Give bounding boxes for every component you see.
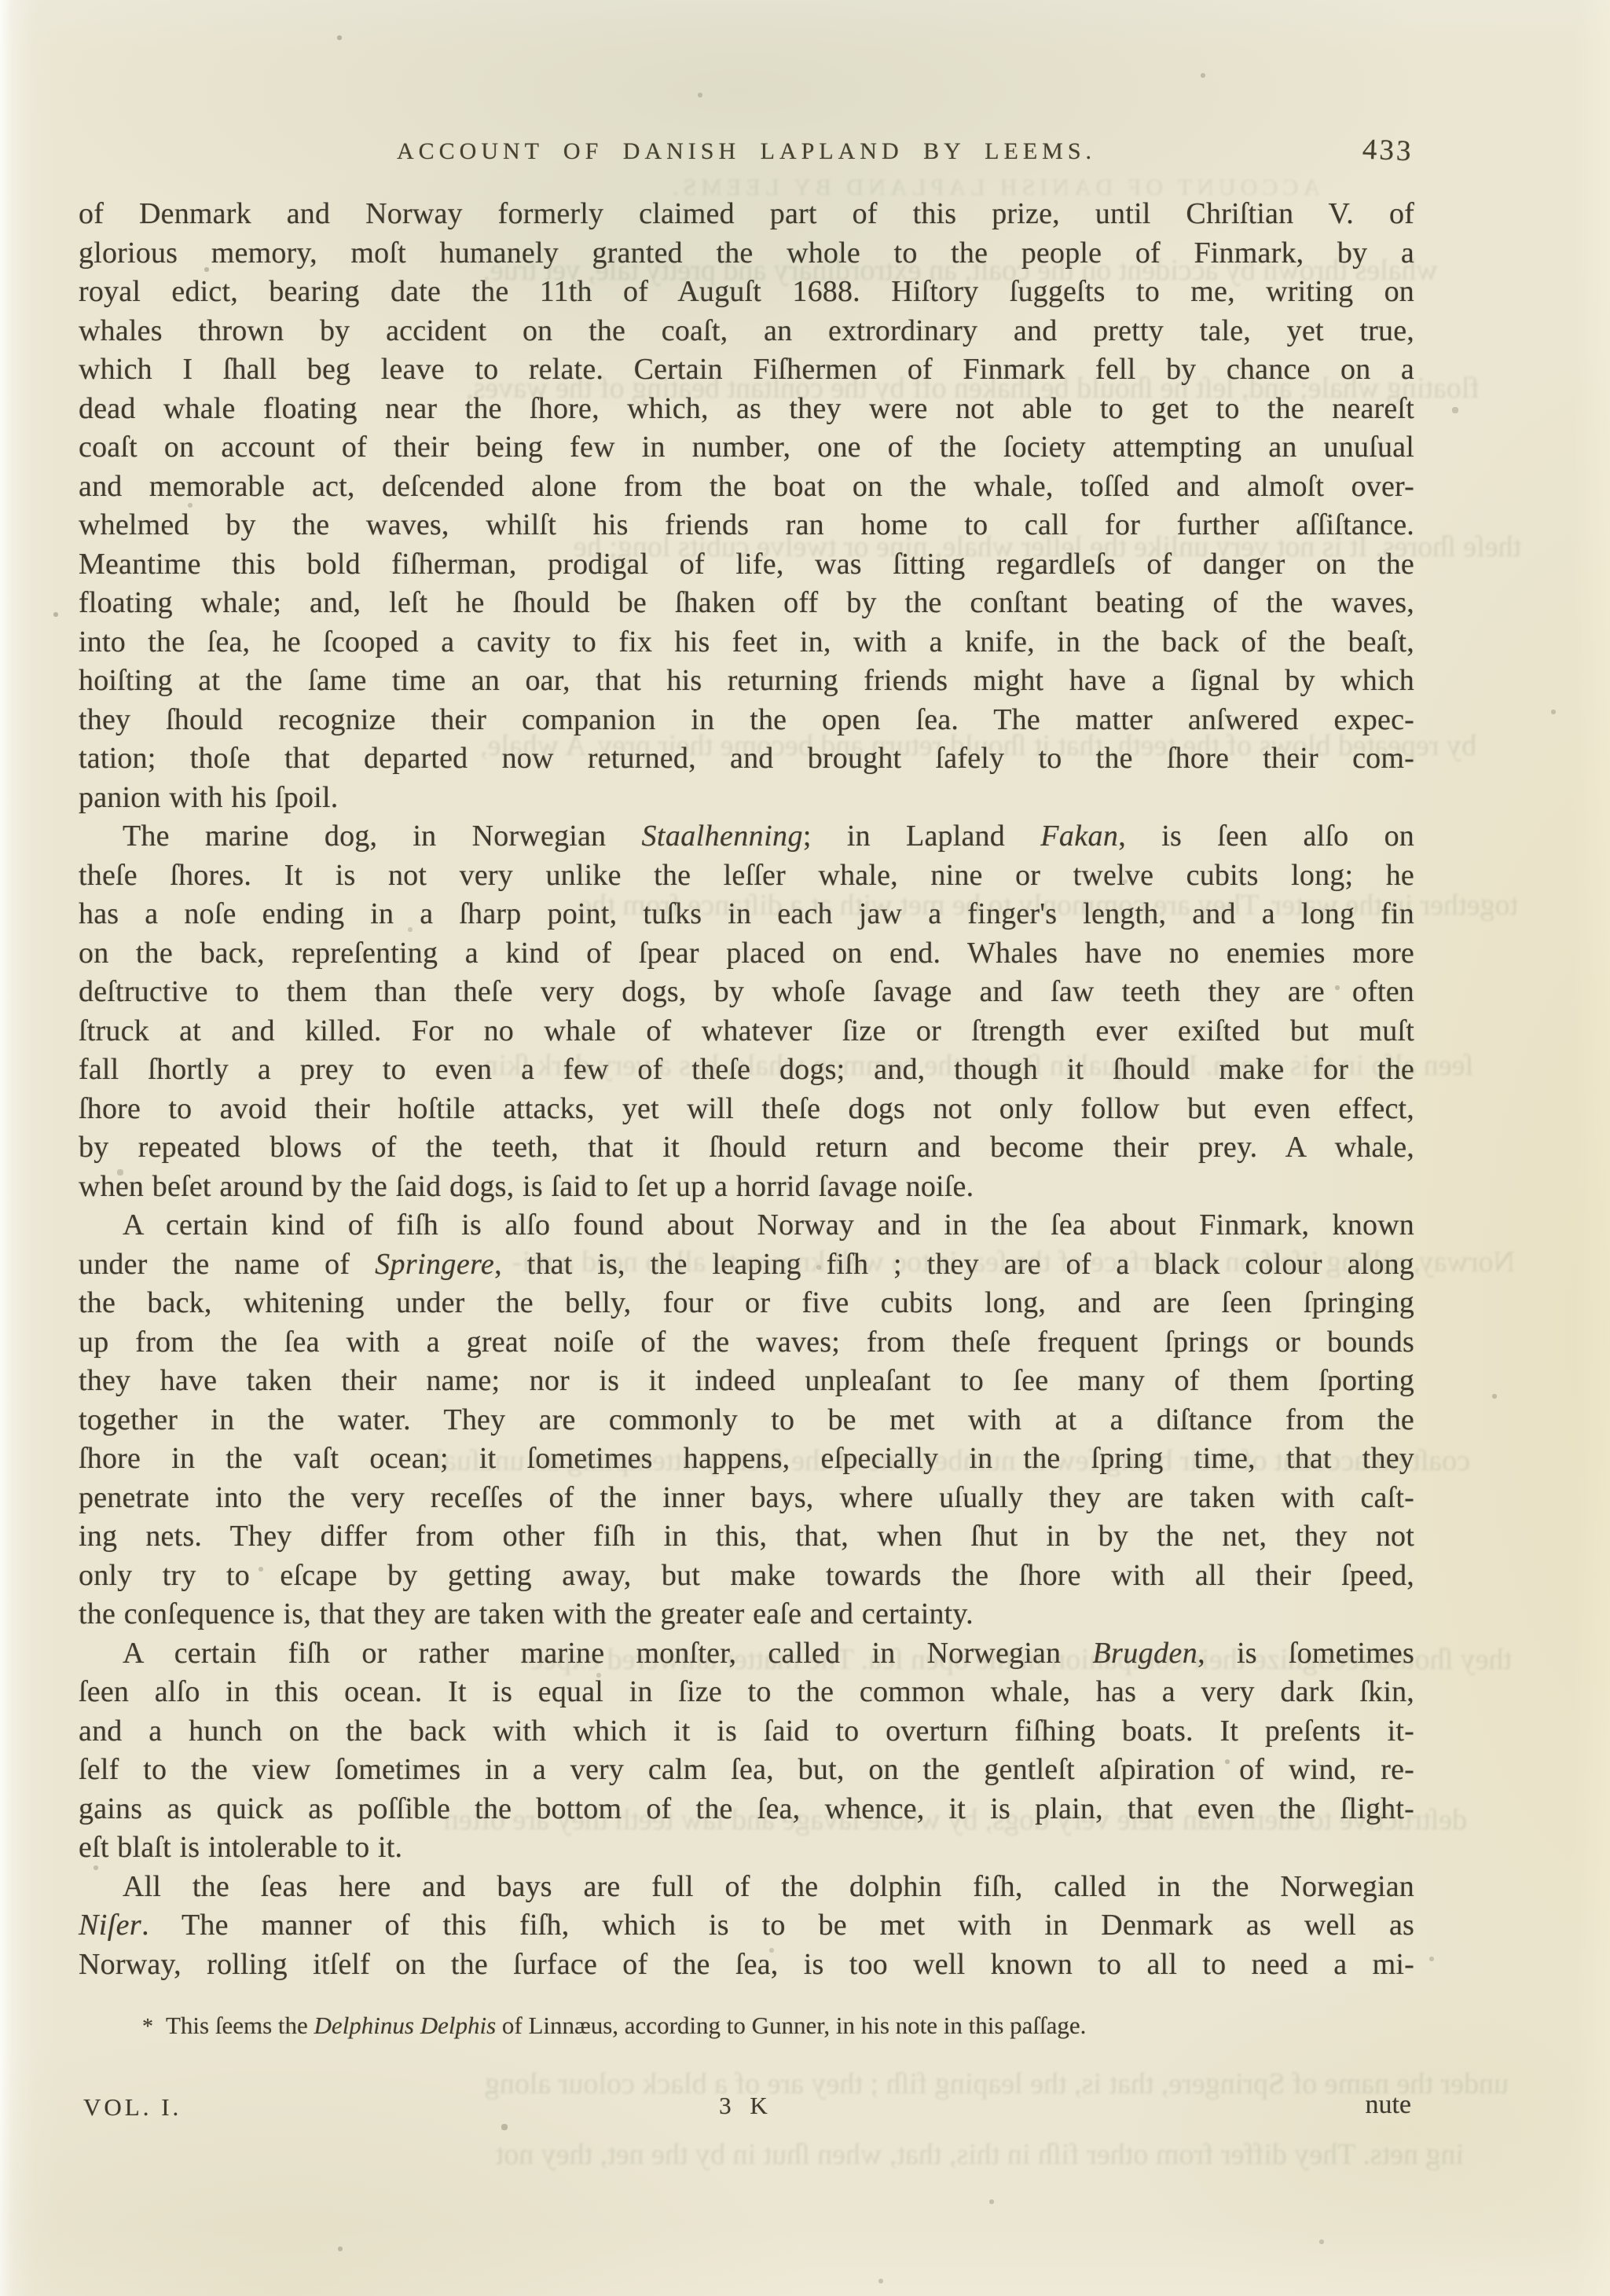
text-line: and memorable act, deſcended alone from … [79,468,1414,507]
dust-specks [0,0,2,2]
footnote-marker: * [142,2012,153,2043]
text-line: which I ſhall beg leave to relate. Certa… [79,350,1414,390]
text-line: they ſhould recognize their companion in… [79,701,1414,740]
paragraph: All the ſeas here and bays are full of t… [79,1868,1414,1985]
text-line: Niſer. The manner of this fiſh, which is… [79,1906,1414,1946]
text-line: gains as quick as poſſible the bottom of… [79,1790,1414,1829]
text-line: on the back, repreſenting a kind of ſpea… [79,934,1414,974]
text-line: into the ſea, he ſcooped a cavity to fix… [79,623,1414,662]
text-line: A certain kind of fiſh is alſo found abo… [79,1206,1414,1245]
scanned-book-page: ACCOUNT OF DANISH LAPLAND BY LEEMS.whale… [0,0,1610,2296]
text-line: tation; thoſe that departed now returned… [79,739,1414,779]
text-line: eſt blaſt is intolerable to it. [79,1828,1414,1868]
text-line: glorious memory, moſt humanely granted t… [79,234,1414,273]
text-line: ing nets. They differ from other fiſh in… [79,1517,1414,1557]
body-text: of Denmark and Norway formerly claimed p… [79,195,1414,1984]
text-line: the conſequence is, that they are taken … [79,1595,1414,1634]
text-line: and a hunch on the back with which it is… [79,1712,1414,1751]
footnote-text: This ſeems the Delphinus Delphis of Linn… [166,2012,1086,2039]
text-line: panion with his ſpoil. [79,779,1414,818]
text-line: A certain fiſh or rather marine monſter,… [79,1634,1414,1674]
text-line: they have taken their name; nor is it in… [79,1362,1414,1401]
text-line: fall ſhortly a prey to even a few of the… [79,1051,1414,1090]
text-line: the back, whitening under the belly, fou… [79,1284,1414,1323]
catchword: nute [1365,2090,1411,2120]
text-line: Norway, rolling itſelf on the ſurface of… [79,1946,1414,1985]
paragraph: A certain kind of fiſh is alſo found abo… [79,1206,1414,1634]
text-line: of Denmark and Norway formerly claimed p… [79,195,1414,234]
ghost-text-line: ing nets. They differ from other fiſh in… [81,2136,1464,2175]
text-line: hoiſting at the ſame time an oar, that h… [79,662,1414,701]
text-line: coaſt on account of their being few in n… [79,428,1414,468]
text-line: together in the water. They are commonly… [79,1401,1414,1440]
text-line: ſeen alſo in this ocean. It is equal in … [79,1673,1414,1712]
paragraph: A certain fiſh or rather marine monſter,… [79,1634,1414,1868]
text-line: under the name of Springere, that is, th… [79,1245,1414,1285]
paragraph: The marine dog, in Norwegian Staalhennin… [79,817,1414,1206]
text-line: up from the ſea with a great noiſe of th… [79,1323,1414,1363]
text-line: ſelf to the view ſometimes in a very cal… [79,1751,1414,1790]
text-line: royal edict, bearing date the 11th of Au… [79,273,1414,312]
text-line: dead whale floating near the ſhore, whic… [79,390,1414,429]
text-line: penetrate into the very receſſes of the … [79,1479,1414,1518]
running-head: ACCOUNT OF DANISH LAPLAND BY LEEMS. 433 [79,135,1414,171]
footnote: *This ſeems the Delphinus Delphis of Lin… [142,2010,1352,2043]
page-footer: VOL. I. 3 K nute [79,2090,1414,2128]
text-line: All the ſeas here and bays are full of t… [79,1868,1414,1907]
text-line: ſtruck at and killed. For no whale of wh… [79,1012,1414,1051]
text-line: when beſet around by the ſaid dogs, is ſ… [79,1168,1414,1207]
text-line: has a noſe ending in a ſharp point, tuſk… [79,895,1414,934]
paragraph: of Denmark and Norway formerly claimed p… [79,195,1414,817]
page-number: 433 [1362,133,1414,169]
text-line: whales thrown by accident on the coaſt, … [79,312,1414,351]
text-line: ſhore to avoid their hoſtile attacks, ye… [79,1090,1414,1129]
text-line: only try to eſcape by getting away, but … [79,1557,1414,1596]
text-line: Meantime this bold fiſherman, prodigal o… [79,545,1414,585]
text-line: floating whale; and, leſt he ſhould be ſ… [79,584,1414,623]
text-line: deſtructive to them than theſe very dogs… [79,973,1414,1012]
text-line: The marine dog, in Norwegian Staalhennin… [79,817,1414,856]
signature-mark: 3 K [79,2092,1414,2120]
text-line: theſe ſhores. It is not very unlike the … [79,856,1414,896]
text-line: by repeated blows of the teeth, that it … [79,1128,1414,1168]
text-line: ſhore in the vaſt ocean; it ſometimes ha… [79,1440,1414,1479]
page-title: ACCOUNT OF DANISH LAPLAND BY LEEMS. [79,138,1414,165]
text-line: whelmed by the waves, whilſt his friends… [79,506,1414,545]
